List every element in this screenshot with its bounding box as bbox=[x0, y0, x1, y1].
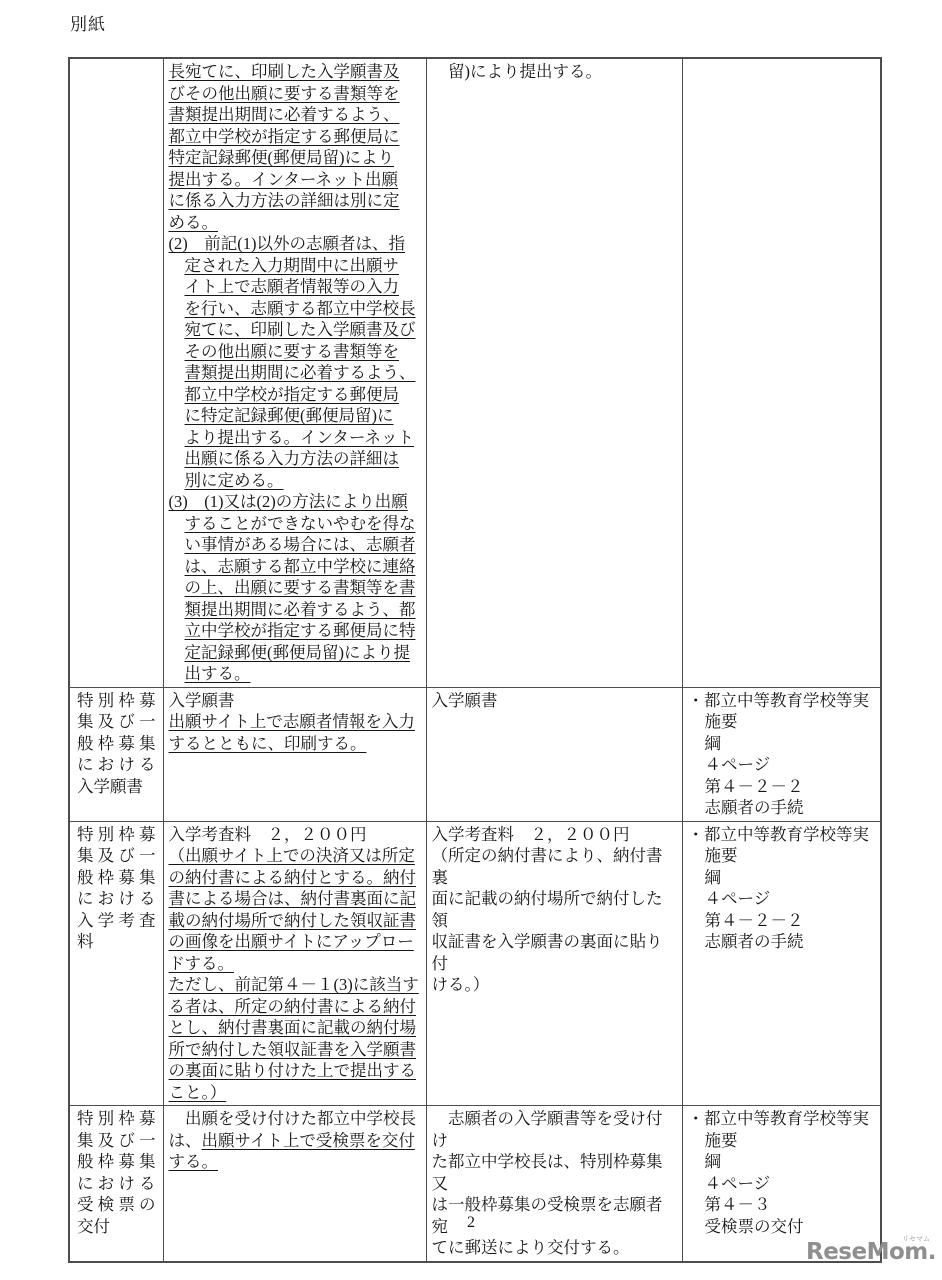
paragraph-text: 留)により提出する。 bbox=[432, 61, 677, 83]
paragraph-text: 長宛てに、印刷した入学願書及 びその他出願に要する書類等を 書類提出期間に必着す… bbox=[169, 61, 421, 233]
underlined-text: 出願サイト上で受検票を交付する。 bbox=[169, 1131, 415, 1172]
paragraph-text: 入学願書 bbox=[169, 690, 421, 712]
postal-procedure-cell: 志願者の入学願書等を受け付け た都立中学校長は、特別枠募集又 は一般枠募集の受検… bbox=[426, 1106, 682, 1262]
paragraph-text: （出願サイト上での決済又は所定 の納付書による納付とする。納付 書による場合は、… bbox=[169, 845, 421, 1103]
page-number: 2 bbox=[0, 1214, 942, 1232]
internet-procedure-cell: 出願を受け付けた都立中学校長は、出願サイト上で受検票を交付する。 bbox=[163, 1106, 426, 1262]
category-cell: 特別枠募集及び一般枠募集における入学考査料 bbox=[69, 821, 163, 1106]
procedure-table: 長宛てに、印刷した入学願書及 びその他出願に要する書類等を 書類提出期間に必着す… bbox=[68, 57, 882, 1263]
category-cell: 特別枠募集及び一般枠募集における入学願書 bbox=[69, 687, 163, 821]
reference-text: ・都立中等教育学校等実施要 綱 ４ページ 第４－２－２ 志願者の手続 bbox=[688, 824, 876, 953]
postal-procedure-cell: 留)により提出する。 bbox=[426, 58, 682, 687]
paragraph-text: 出願を受け付けた都立中学校長は、出願サイト上で受検票を交付する。 bbox=[169, 1108, 421, 1173]
paragraph-text: 志願者の入学願書等を受け付け た都立中学校長は、特別枠募集又 は一般枠募集の受検… bbox=[432, 1108, 677, 1259]
category-cell: 特別枠募集及び一般枠募集における受検票の交付 bbox=[69, 1106, 163, 1262]
resemom-logo-ruby: リセマム bbox=[902, 1236, 930, 1244]
reference-cell bbox=[682, 58, 881, 687]
table-row: 特別枠募集及び一般枠募集における入学願書 入学願書 出願サイト上で志願者情報を入… bbox=[69, 687, 881, 821]
paragraph-text: 出願サイト上で志願者情報を入力 するとともに、印刷する。 bbox=[169, 711, 421, 754]
table-row: 長宛てに、印刷した入学願書及 びその他出願に要する書類等を 書類提出期間に必着す… bbox=[69, 58, 881, 687]
paragraph-text: (3) (1)又は(2)の方法により出願 することができないやむを得な い事情が… bbox=[169, 491, 421, 685]
category-cell bbox=[69, 58, 163, 687]
paragraph-text: 入学考査料 ２，２００円 bbox=[169, 824, 421, 846]
table-row: 特別枠募集及び一般枠募集における受検票の交付 出願を受け付けた都立中学校長は、出… bbox=[69, 1106, 881, 1262]
internet-procedure-cell: 入学願書 出願サイト上で志願者情報を入力 するとともに、印刷する。 bbox=[163, 687, 426, 821]
reference-cell: ・都立中等教育学校等実施要 綱 ４ページ 第４－２－２ 志願者の手続 bbox=[682, 821, 881, 1106]
table-row: 特別枠募集及び一般枠募集における入学考査料 入学考査料 ２，２００円 （出願サイ… bbox=[69, 821, 881, 1106]
postal-procedure-cell: 入学願書 bbox=[426, 687, 682, 821]
resemom-logo: ReseMom. リセマム bbox=[806, 1240, 940, 1265]
attachment-label: 別紙 bbox=[70, 10, 106, 35]
reference-text: ・都立中等教育学校等実施要 綱 ４ページ 第４－２－２ 志願者の手続 bbox=[688, 690, 876, 819]
paragraph-text: (2) 前記(1)以外の志願者は、指 定された入力期間中に出願サ イト上で志願者… bbox=[169, 233, 421, 491]
reference-cell: ・都立中等教育学校等実施要 綱 ４ページ 第４－２－２ 志願者の手続 bbox=[682, 687, 881, 821]
paragraph-text: 入学考査料 ２，２００円 （所定の納付書により、納付書裏 面に記載の納付場所で納… bbox=[432, 824, 677, 996]
paragraph-text: 入学願書 bbox=[432, 690, 677, 712]
internet-procedure-cell: 入学考査料 ２，２００円 （出願サイト上での決済又は所定 の納付書による納付とす… bbox=[163, 821, 426, 1106]
postal-procedure-cell: 入学考査料 ２，２００円 （所定の納付書により、納付書裏 面に記載の納付場所で納… bbox=[426, 821, 682, 1106]
internet-procedure-cell: 長宛てに、印刷した入学願書及 びその他出願に要する書類等を 書類提出期間に必着す… bbox=[163, 58, 426, 687]
